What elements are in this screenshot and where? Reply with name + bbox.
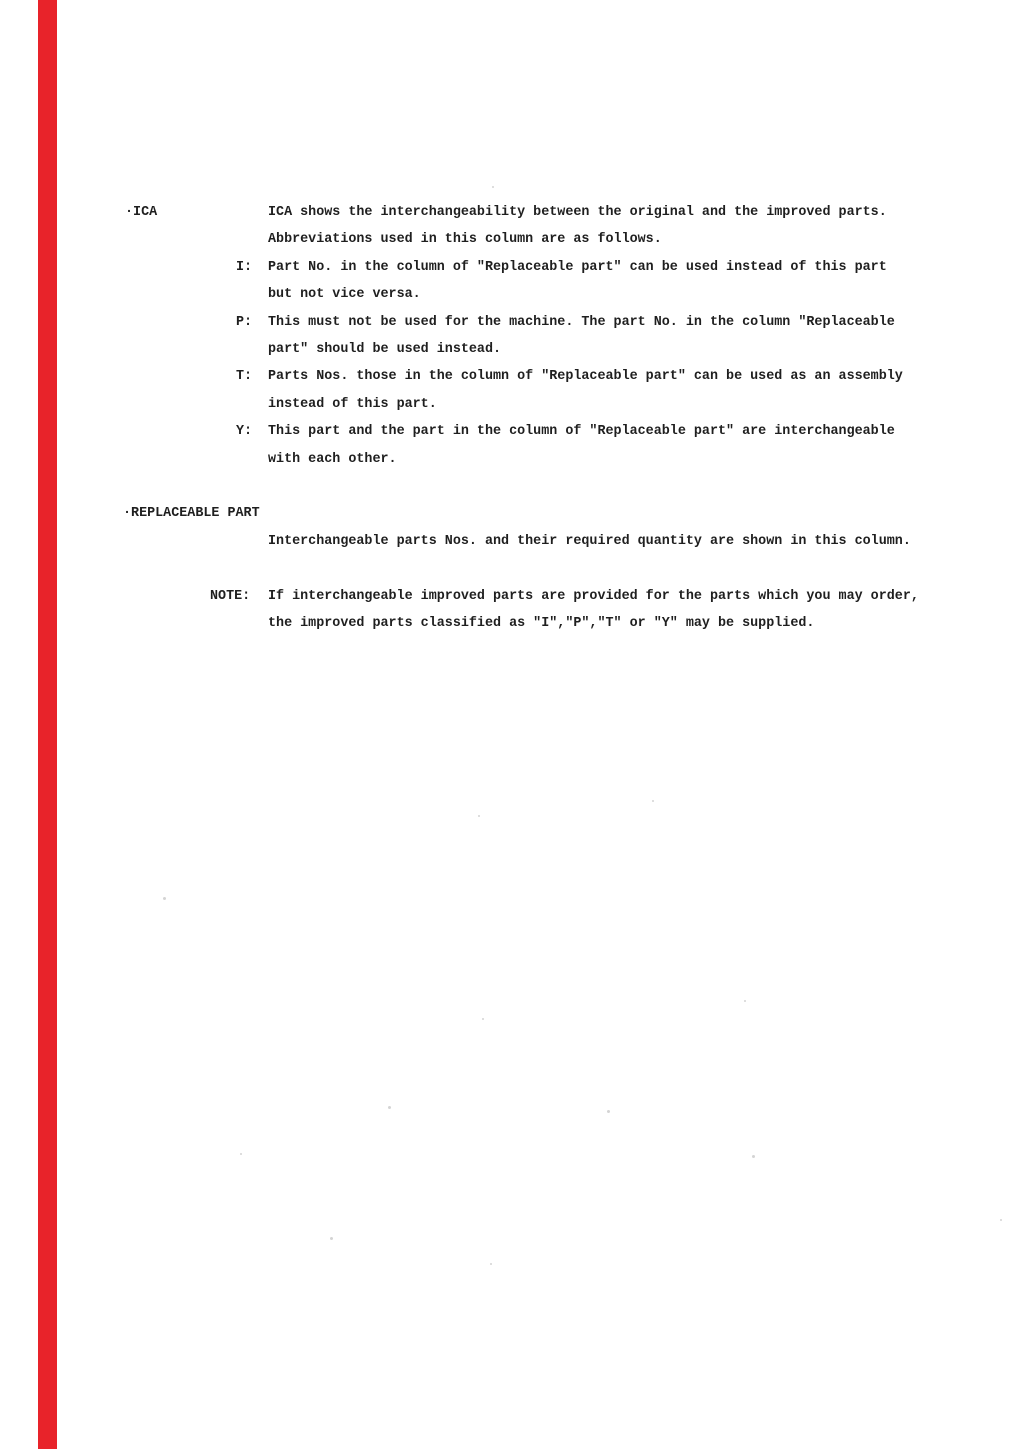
note-block: NOTE: If interchangeable improved parts …: [268, 583, 958, 638]
section-ica-label: ·ICA: [125, 199, 157, 226]
scan-speck: [482, 1018, 484, 1020]
ica-intro-entry: ·ICA ICA shows the interchangeability be…: [268, 199, 958, 254]
note-text: If interchangeable improved parts are pr…: [268, 583, 958, 638]
abbreviation-key-i: I:: [236, 254, 252, 281]
section-replaceable-part-label: ·REPLACEABLE PART: [123, 500, 958, 527]
scan-speck: [744, 1000, 746, 1002]
red-edge-strip: [38, 0, 57, 1449]
scan-speck: [652, 800, 654, 802]
abbreviation-text-i: Part No. in the column of "Replaceable p…: [268, 254, 958, 309]
abbreviation-item-y: Y: This part and the part in the column …: [268, 418, 958, 473]
blank-line: [268, 473, 958, 500]
replaceable-part-text: Interchangeable parts Nos. and their req…: [268, 528, 958, 555]
scan-speck: [240, 1153, 242, 1155]
abbreviation-item-i: I: Part No. in the column of "Replaceabl…: [268, 254, 958, 309]
note-label: NOTE:: [210, 583, 250, 610]
abbreviation-text-p: This must not be used for the machine. T…: [268, 309, 958, 364]
abbreviation-key-p: P:: [236, 309, 252, 336]
section-replaceable-part: ·REPLACEABLE PART Interchangeable parts …: [268, 500, 958, 555]
scan-speck: [1000, 1219, 1002, 1221]
scan-speck: [163, 897, 166, 900]
scan-speck: [388, 1106, 391, 1109]
blank-line: [268, 555, 958, 582]
scan-speck: [607, 1110, 610, 1113]
scan-speck: [490, 1263, 492, 1265]
abbreviation-text-y: This part and the part in the column of …: [268, 418, 958, 473]
abbreviation-key-t: T:: [236, 363, 252, 390]
note-entry: NOTE: If interchangeable improved parts …: [268, 583, 958, 638]
abbreviation-key-y: Y:: [236, 418, 252, 445]
abbreviation-text-t: Parts Nos. those in the column of "Repla…: [268, 363, 958, 418]
section-ica: ·ICA ICA shows the interchangeability be…: [268, 199, 958, 473]
abbreviation-item-t: T: Parts Nos. those in the column of "Re…: [268, 363, 958, 418]
abbreviation-item-p: P: This must not be used for the machine…: [268, 309, 958, 364]
page-text-column: ·ICA ICA shows the interchangeability be…: [268, 199, 958, 637]
ica-intro-text: ICA shows the interchangeability between…: [268, 199, 958, 254]
scan-speck: [330, 1237, 333, 1240]
scanned-document-page: ·ICA ICA shows the interchangeability be…: [0, 0, 1024, 1449]
scan-speck: [478, 815, 480, 817]
scan-speck: [752, 1155, 755, 1158]
scan-speck: [492, 186, 494, 188]
